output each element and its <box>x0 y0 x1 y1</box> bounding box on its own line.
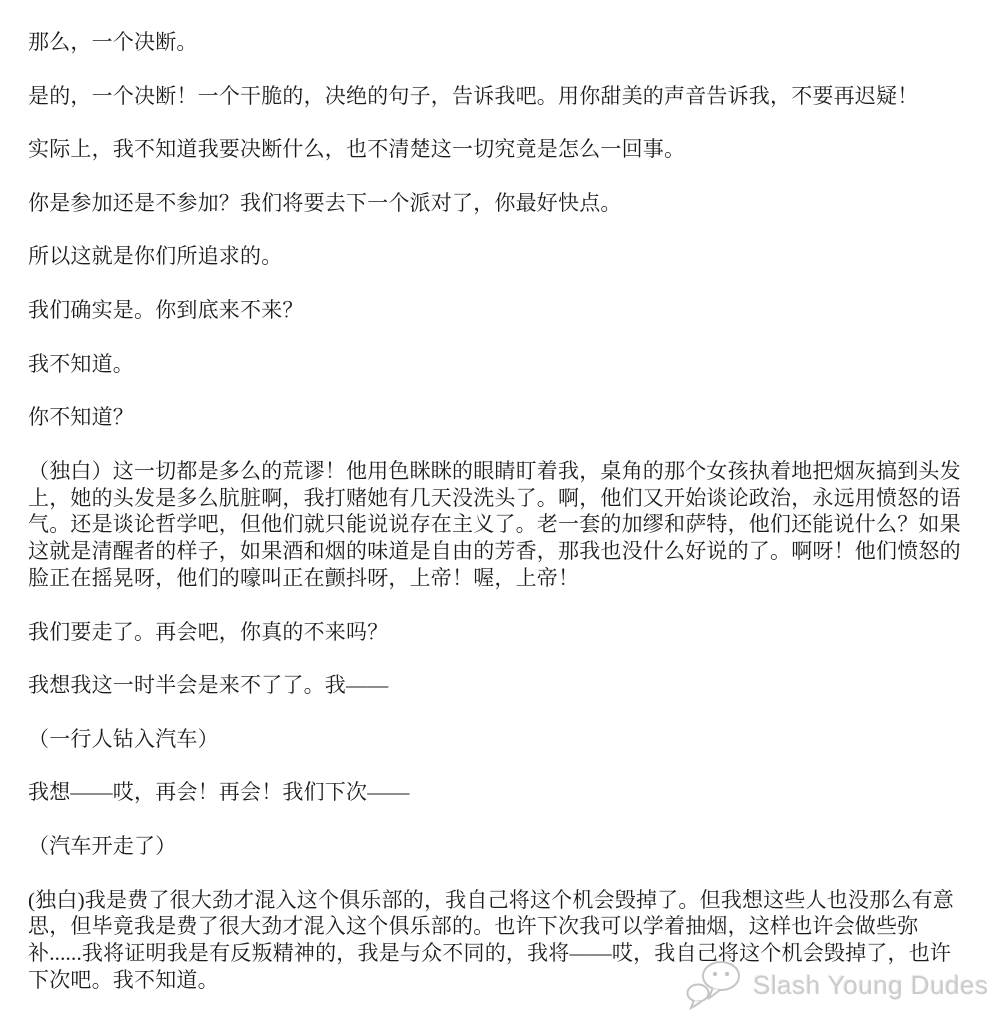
stage-direction-1: （一行人钻入汽车） <box>28 726 966 753</box>
document-page: 那么，一个决断。 是的，一个决断！一个干脆的，决绝的句子，告诉我吧。用你甜美的声… <box>0 0 993 1024</box>
paragraph-10: 我们要走了。再会吧，你真的不来吗？ <box>28 619 966 646</box>
paragraph-13: 我想——哎，再会！再会！我们下次—— <box>28 779 966 806</box>
paragraph-02: 是的，一个决断！一个干脆的，决绝的句子，告诉我吧。用你甜美的声音告诉我，不要再迟… <box>28 83 966 110</box>
watermark-label: Slash Young Dudes <box>753 970 988 1001</box>
paragraph-08: 你不知道？ <box>28 404 966 431</box>
paragraph-04: 你是参加还是不参加？我们将要去下一个派对了，你最好快点。 <box>28 190 966 217</box>
watermark: Slash Young Dudes <box>686 960 988 1010</box>
paragraph-11: 我想我这一时半会是来不了了。我—— <box>28 672 966 699</box>
paragraph-07: 我不知道。 <box>28 351 966 378</box>
paragraph-01: 那么，一个决断。 <box>28 29 966 56</box>
paragraph-05: 所以这就是你们所追求的。 <box>28 243 966 270</box>
wechat-chat-bubbles-icon <box>686 960 746 1010</box>
paragraph-03: 实际上，我不知道我要决断什么，也不清楚这一切究竟是怎么一回事。 <box>28 136 966 163</box>
monologue-paragraph-1: （独白）这一切都是多么的荒谬！他用色眯眯的眼睛盯着我，桌角的那个女孩执着地把烟灰… <box>28 458 966 592</box>
stage-direction-2: （汽车开走了） <box>28 833 966 860</box>
paragraph-06: 我们确实是。你到底来不来？ <box>28 297 966 324</box>
article-text: 那么，一个决断。 是的，一个决断！一个干脆的，决绝的句子，告诉我吧。用你甜美的声… <box>28 29 966 1020</box>
